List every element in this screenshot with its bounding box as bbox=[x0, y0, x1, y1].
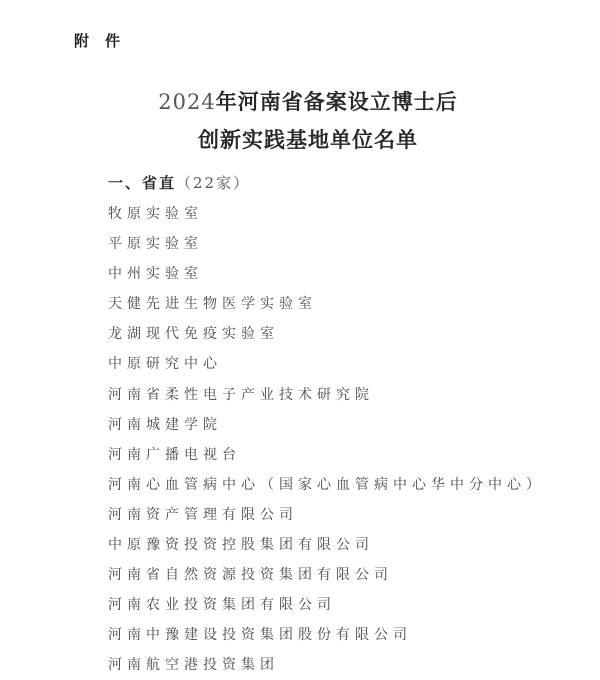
list-item: 河南省柔性电子产业技术研究院 bbox=[108, 383, 545, 413]
document-title-line-1: 2024年河南省备案设立博士后 bbox=[8, 86, 600, 116]
list-item: 河南农业投资集团有限公司 bbox=[108, 593, 545, 623]
list-item: 河南资产管理有限公司 bbox=[108, 503, 545, 533]
list-item: 天健先进生物医学实验室 bbox=[108, 292, 545, 322]
list-item: 河南心血管病中心（国家心血管病中心华中分中心） bbox=[108, 473, 545, 503]
section-heading-text: 一、省直 bbox=[108, 174, 176, 192]
list-item: 中州实验室 bbox=[108, 262, 545, 292]
attachment-label: 附件 bbox=[74, 30, 136, 51]
title-line-1-text: 年河南省备案设立博士后 bbox=[216, 90, 458, 114]
document-title-line-2: 创新实践基地单位名单 bbox=[8, 124, 600, 154]
list-item: 中原研究中心 bbox=[108, 352, 545, 382]
list-item: 河南省自然资源投资集团有限公司 bbox=[108, 563, 545, 593]
list-item: 龙湖现代免疫实验室 bbox=[108, 322, 545, 352]
list-item: 中原豫资投资控股集团有限公司 bbox=[108, 533, 545, 563]
list-item: 河南城建学院 bbox=[108, 413, 545, 443]
list-item: 河南广播电视台 bbox=[108, 443, 545, 473]
list-item: 牧原实验室 bbox=[108, 202, 545, 232]
title-year: 2024 bbox=[158, 90, 215, 114]
list-item: 平原实验室 bbox=[108, 232, 545, 262]
list-item: 河南中豫建设投资集团股份有限公司 bbox=[108, 623, 545, 653]
section-count: （22家） bbox=[176, 174, 250, 192]
list-item: 河南航空港投资集团 bbox=[108, 653, 545, 680]
section-heading: 一、省直（22家） bbox=[108, 172, 250, 193]
unit-list: 牧原实验室 平原实验室 中州实验室 天健先进生物医学实验室 龙湖现代免疫实验室 … bbox=[108, 202, 545, 680]
